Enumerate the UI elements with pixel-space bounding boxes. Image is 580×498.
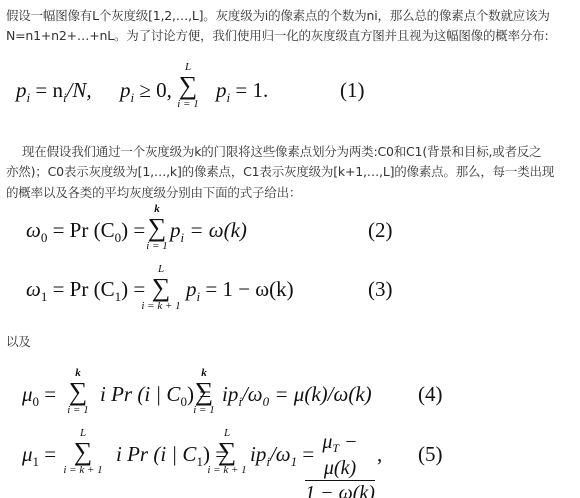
- eq2-summation: k ∑ i = 1: [140, 204, 174, 252]
- eq3-rhs: pi = 1 − ω(k): [186, 277, 294, 302]
- eq3-summation: L ∑ i = k + 1: [138, 264, 184, 312]
- eq4-lhs: μ0 =: [22, 382, 56, 407]
- sigma-symbol: ∑: [204, 439, 250, 465]
- eq5-denominator: 1 − ω(k): [305, 481, 375, 498]
- sigma-symbol: ∑: [60, 379, 96, 405]
- paragraph-2-line-1: 现在假设我们通过一个灰度级为k的门限将这些像素点划分为两类:C0和C1(背景和目…: [22, 142, 541, 160]
- paragraph-1-line-2: N=n1+n2+…+nL。为了讨论方便，我们使用归一化的灰度级直方图并且视为这幅…: [6, 26, 549, 44]
- eq1-label: (1): [340, 78, 365, 103]
- eq5-label: (5): [418, 442, 443, 467]
- paragraph-2-line-2: 亦然)；C0表示灰度级为[1,…,k]的像素点，C1表示灰度级为[k+1,…,L…: [6, 162, 554, 180]
- eq1-summation: L ∑ i = 1: [168, 62, 208, 110]
- eq5-summation-2: L ∑ i = k + 1: [204, 428, 250, 476]
- eq4-label: (4): [418, 382, 443, 407]
- connector-text: 以及: [6, 332, 31, 350]
- eq2-lhs: ω0 = Pr (C0) =: [26, 218, 145, 243]
- eq4-term2: ipi/ω0 = μ(k)/ω(k): [222, 382, 372, 407]
- eq5-lhs: μ1 =: [22, 442, 56, 467]
- sigma-symbol: ∑: [140, 215, 174, 241]
- sigma-symbol: ∑: [168, 73, 208, 99]
- eq1-lhs: pi = ni/N,: [16, 78, 92, 103]
- eq1-condition: pi ≥ 0,: [120, 78, 172, 103]
- eq2-label: (2): [368, 218, 393, 243]
- sigma-symbol: ∑: [138, 275, 184, 301]
- eq5-summation-1: L ∑ i = k + 1: [60, 428, 106, 476]
- eq1-sum-body: pi = 1.: [216, 78, 268, 103]
- paragraph-1-line-1: 假设一幅图像有L个灰度级[1,2,…,L]。灰度级为i的像素点的个数为ni，那么…: [6, 6, 550, 24]
- sigma-symbol: ∑: [60, 439, 106, 465]
- paragraph-2-line-3: 的概率以及各类的平均灰度级分别由下面的式子给出：: [6, 183, 301, 201]
- eq4-summation-1: k ∑ i = 1: [60, 368, 96, 416]
- eq5-fraction: μT − μ(k) 1 − ω(k): [305, 430, 375, 498]
- eq4-summation-2: k ∑ i = 1: [186, 368, 222, 416]
- eq5-trailing-comma: ,: [377, 442, 382, 467]
- eq3-lhs: ω1 = Pr (C1) =: [26, 277, 145, 302]
- eq3-label: (3): [368, 277, 393, 302]
- sigma-symbol: ∑: [186, 379, 222, 405]
- eq5-numerator: μT − μ(k): [305, 430, 375, 481]
- eq2-rhs: pi = ω(k): [170, 218, 247, 243]
